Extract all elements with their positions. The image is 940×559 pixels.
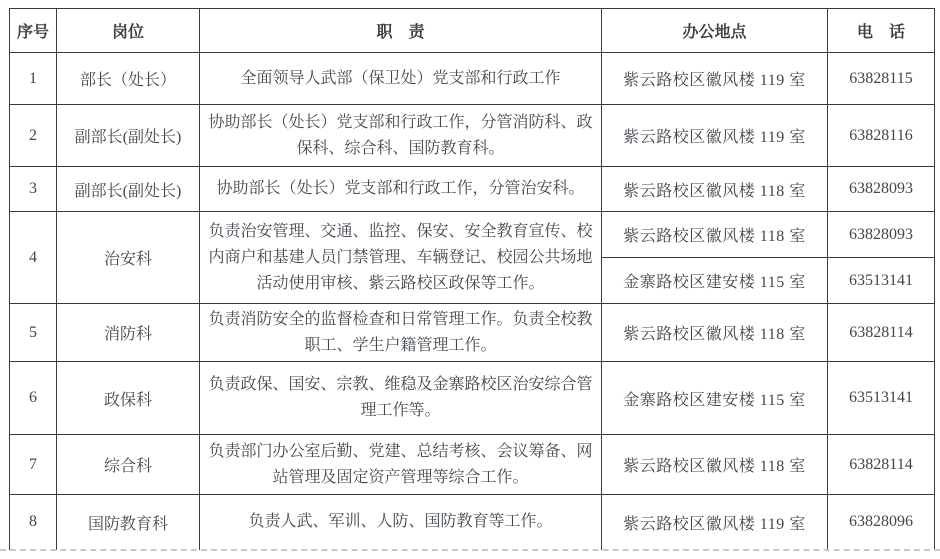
cell-phone: 63828096 xyxy=(828,495,935,550)
cell-duty: 负责消防安全的监督检查和日常管理工作。负责全校教职工、学生户籍管理工作。 xyxy=(200,304,602,362)
cell-serial: 2 xyxy=(10,105,57,167)
cell-phone: 63513141 xyxy=(828,258,935,304)
cell-duty: 负责治安管理、交通、监控、保安、安全教育宣传、校内商户和基建人员门禁管理、车辆登… xyxy=(200,212,602,304)
table-row: 3副部长(副处长)协助部长（处长）党支部和行政工作，分管治安科。紫云路校区徽风楼… xyxy=(10,167,935,212)
cell-position: 副部长(副处长) xyxy=(57,167,200,212)
cell-position: 消防科 xyxy=(57,304,200,362)
cell-duty: 全面领导人武部（保卫处）党支部和行政工作 xyxy=(200,53,602,105)
cell-phone: 63513141 xyxy=(828,362,935,435)
cell-serial: 3 xyxy=(10,167,57,212)
cell-duty: 负责政保、国安、宗教、维稳及金寨路校区治安综合管理工作等。 xyxy=(200,362,602,435)
cell-office: 紫云路校区徽风楼 118 室 xyxy=(602,212,828,258)
cell-serial: 6 xyxy=(10,362,57,435)
cell-phone: 63828116 xyxy=(828,105,935,167)
contact-table: 序号岗位职 责办公地点电 话 1部长（处长）全面领导人武部（保卫处）党支部和行政… xyxy=(9,8,935,550)
column-header-duty: 职 责 xyxy=(200,9,602,53)
column-header-position: 岗位 xyxy=(57,9,200,53)
cell-office: 紫云路校区徽风楼 118 室 xyxy=(602,304,828,362)
cell-duty: 协助部长（处长）党支部和行政工作，分管治安科。 xyxy=(200,167,602,212)
cell-serial: 4 xyxy=(10,212,57,304)
table-row: 2副部长(副处长)协助部长（处长）党支部和行政工作，分管消防科、政保科、综合科、… xyxy=(10,105,935,167)
cell-phone: 63828115 xyxy=(828,53,935,105)
cell-serial: 7 xyxy=(10,435,57,495)
cell-office: 金寨路校区建安楼 115 室 xyxy=(602,258,828,304)
table-row: 6政保科负责政保、国安、宗教、维稳及金寨路校区治安综合管理工作等。金寨路校区建安… xyxy=(10,362,935,435)
cell-phone: 63828114 xyxy=(828,435,935,495)
cell-phone: 63828093 xyxy=(828,212,935,258)
table-body: 1部长（处长）全面领导人武部（保卫处）党支部和行政工作紫云路校区徽风楼 119 … xyxy=(10,53,935,550)
table-row: 8国防教育科负责人武、军训、人防、国防教育等工作。紫云路校区徽风楼 119 室6… xyxy=(10,495,935,550)
cell-office: 金寨路校区建安楼 115 室 xyxy=(602,362,828,435)
cell-position: 政保科 xyxy=(57,362,200,435)
table-row: 7综合科负责部门办公室后勤、党建、总结考核、会议筹备、网站管理及固定资产管理等综… xyxy=(10,435,935,495)
table-header: 序号岗位职 责办公地点电 话 xyxy=(10,9,935,53)
cell-phone: 63828093 xyxy=(828,167,935,212)
column-header-office: 办公地点 xyxy=(602,9,828,53)
page-root: { "page": { "background": "#ffffff", "bo… xyxy=(0,0,940,559)
cell-office: 紫云路校区徽风楼 119 室 xyxy=(602,105,828,167)
cell-serial: 1 xyxy=(10,53,57,105)
table-header-row: 序号岗位职 责办公地点电 话 xyxy=(10,9,935,53)
cell-office: 紫云路校区徽风楼 119 室 xyxy=(602,53,828,105)
cell-office: 紫云路校区徽风楼 119 室 xyxy=(602,495,828,550)
table-row: 5消防科负责消防安全的监督检查和日常管理工作。负责全校教职工、学生户籍管理工作。… xyxy=(10,304,935,362)
page-continuation-divider xyxy=(0,549,940,551)
cell-duty: 协助部长（处长）党支部和行政工作，分管消防科、政保科、综合科、国防教育科。 xyxy=(200,105,602,167)
cell-office: 紫云路校区徽风楼 118 室 xyxy=(602,167,828,212)
column-header-serial: 序号 xyxy=(10,9,57,53)
cell-position: 副部长(副处长) xyxy=(57,105,200,167)
table-row: 1部长（处长）全面领导人武部（保卫处）党支部和行政工作紫云路校区徽风楼 119 … xyxy=(10,53,935,105)
cell-duty: 负责部门办公室后勤、党建、总结考核、会议筹备、网站管理及固定资产管理等综合工作。 xyxy=(200,435,602,495)
cell-phone: 63828114 xyxy=(828,304,935,362)
column-header-phone: 电 话 xyxy=(828,9,935,53)
cell-serial: 8 xyxy=(10,495,57,550)
cell-position: 综合科 xyxy=(57,435,200,495)
cell-position: 治安科 xyxy=(57,212,200,304)
table-row: 4治安科负责治安管理、交通、监控、保安、安全教育宣传、校内商户和基建人员门禁管理… xyxy=(10,212,935,258)
cell-duty: 负责人武、军训、人防、国防教育等工作。 xyxy=(200,495,602,550)
cell-serial: 5 xyxy=(10,304,57,362)
cell-position: 国防教育科 xyxy=(57,495,200,550)
contact-table-container: 序号岗位职 责办公地点电 话 1部长（处长）全面领导人武部（保卫处）党支部和行政… xyxy=(9,8,935,550)
cell-position: 部长（处长） xyxy=(57,53,200,105)
cell-office: 紫云路校区徽风楼 118 室 xyxy=(602,435,828,495)
